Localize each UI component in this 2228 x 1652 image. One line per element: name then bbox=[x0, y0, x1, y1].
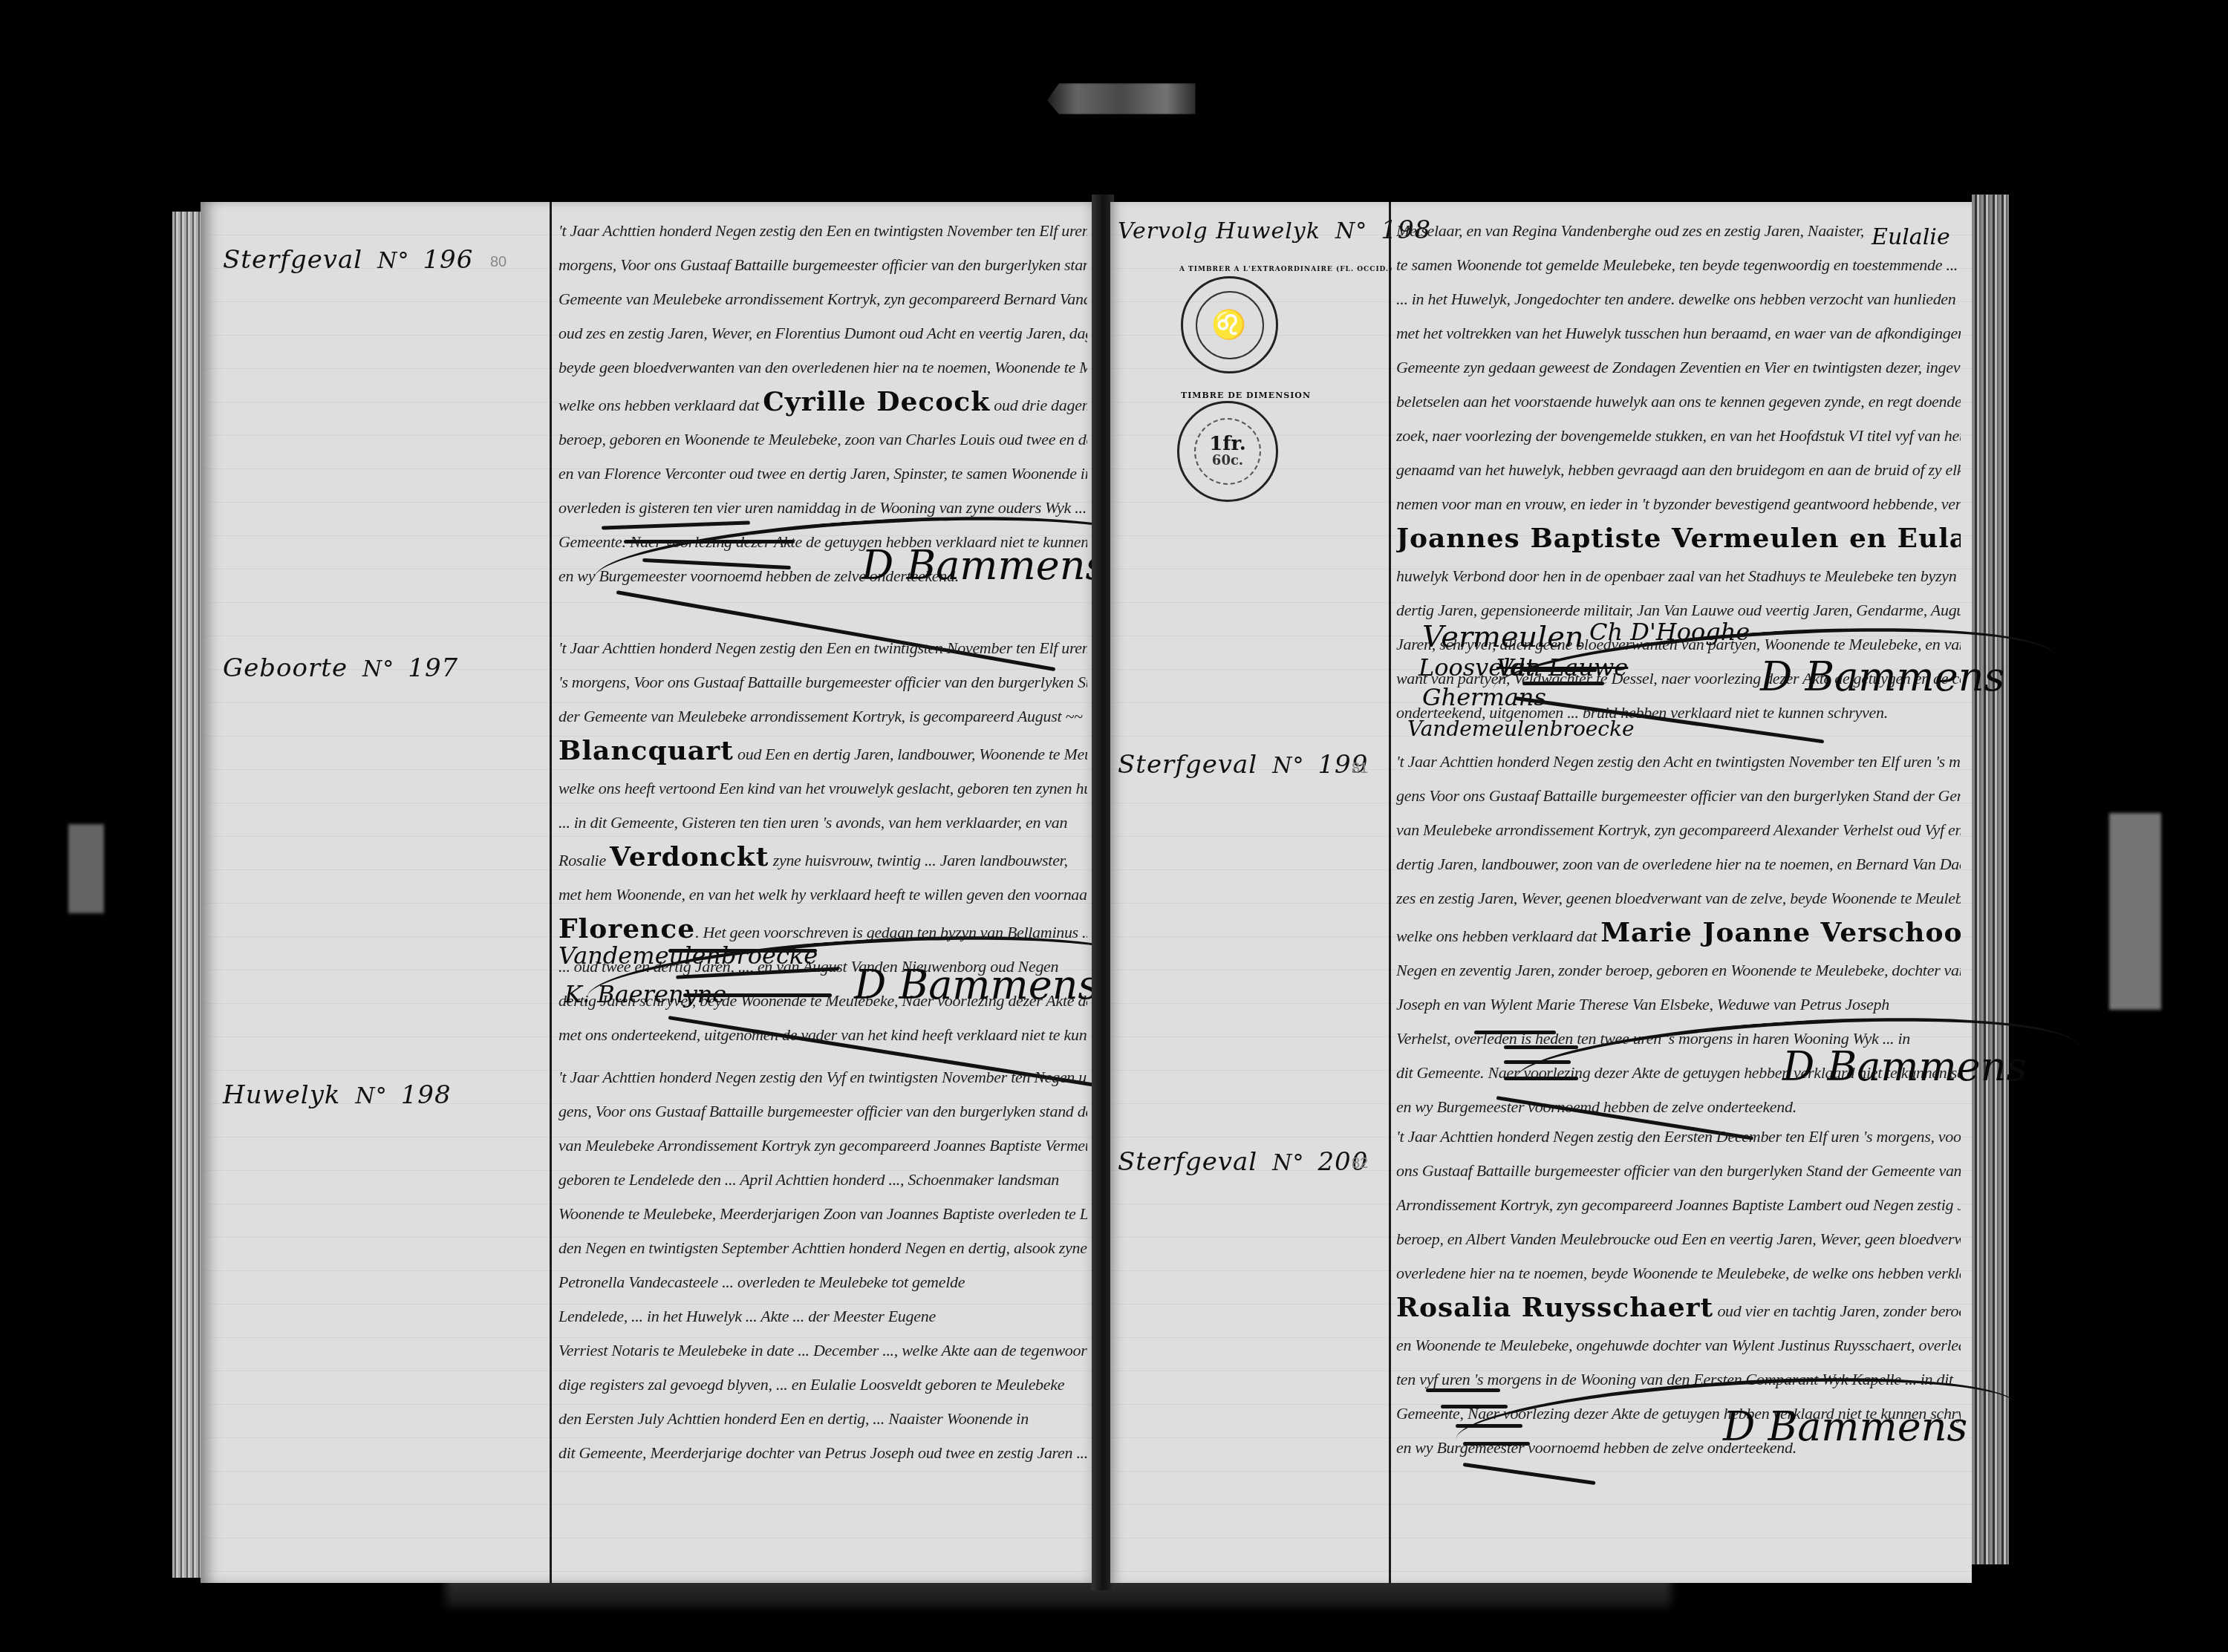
text-line: zes en zestig Jaren, Wever, geenen bloed… bbox=[1396, 881, 1961, 915]
text-line-with-name: Rosalia Ruysschaert oud vier en tachtig … bbox=[1396, 1290, 1961, 1328]
mother-surname: Verdonckt bbox=[610, 841, 769, 872]
text-line-with-name: Rosalie Verdonckt zyne huisvrouw, twinti… bbox=[558, 840, 1087, 878]
margin-heading-199: SterfgevalN°199 bbox=[1118, 750, 1368, 780]
text-line: morgens, Voor ons Gustaaf Battaille burg… bbox=[558, 248, 1087, 282]
text-line: van Meulebeke Arrondissement Kortryk zyn… bbox=[558, 1129, 1087, 1163]
stamp-2-text: TIMBRE DE DIMENSION bbox=[1181, 391, 1277, 400]
continuation-heading: Vervolg HuwelykN°198 bbox=[1118, 215, 1431, 245]
book-clip-left bbox=[68, 824, 104, 913]
text-line: ... in dit Gemeente, Gisteren ten tien u… bbox=[558, 806, 1087, 840]
tax-stamp-extraordinaire: ♌ bbox=[1181, 276, 1278, 373]
stamp-1-text: A TIMBRER A L'EXTRAORDINAIRE (FL. OCCID.… bbox=[1179, 266, 1276, 273]
text-line: Verriest Notaris te Meulebeke in date ..… bbox=[558, 1333, 1087, 1368]
page-edges-right bbox=[1972, 195, 2009, 1564]
text-line: beyde geen bloedverwanten van den overle… bbox=[558, 350, 1087, 385]
text-line: Petronella Vandecasteele ... overleden t… bbox=[558, 1265, 1087, 1299]
folio-number: 80 bbox=[490, 254, 506, 271]
entry-type: Vervolg Huwelyk bbox=[1118, 218, 1320, 244]
text-line: 't Jaar Achttien honderd Negen zestig de… bbox=[558, 631, 1087, 665]
text-line: welke ons heeft vertoond Een kind van he… bbox=[558, 771, 1087, 806]
text-line: zoek, naer voorlezing der bovengemelde s… bbox=[1396, 419, 1961, 453]
text-line: gens Voor ons Gustaaf Battaille burgemee… bbox=[1396, 779, 1961, 813]
page-edges-left bbox=[172, 212, 202, 1578]
lion-crest-icon: ♌ bbox=[1196, 291, 1264, 359]
margin-note: Eulalie bbox=[1872, 224, 1950, 250]
stamp-value: 1fr. 60c. bbox=[1194, 418, 1261, 485]
entry-type: Sterfgeval bbox=[1118, 1147, 1257, 1177]
text-line-with-name: Blancquart oud Een en dertig Jaren, land… bbox=[558, 734, 1087, 771]
entry-number: 197 bbox=[408, 653, 458, 683]
number-label: N° bbox=[1335, 218, 1367, 244]
text-line: ons Gustaaf Battaille burgemeester offic… bbox=[1396, 1154, 1961, 1188]
text-line: den Negen en twintigsten September Achtt… bbox=[558, 1231, 1087, 1265]
scan-label-strip bbox=[1047, 83, 1196, 114]
text-line: van Meulebeke arrondissement Kortryk, zy… bbox=[1396, 813, 1961, 847]
text-line-with-name: Joannes Baptiste Vermeulen en Eulalie Lo… bbox=[1396, 521, 1961, 559]
text-line: te samen Woonende tot gemelde Meulebeke,… bbox=[1396, 248, 1961, 282]
text-line: 't Jaar Achttien honderd Negen zestig de… bbox=[558, 214, 1087, 248]
text-line: Gemeente van Meulebeke arrondissement Ko… bbox=[558, 282, 1087, 316]
left-page-margin-rule bbox=[550, 202, 552, 1583]
text-line: ... in het Huwelyk, Jongedochter ten and… bbox=[1396, 282, 1961, 316]
book-clip-right bbox=[2109, 813, 2161, 1010]
margin-heading-197: GeboorteN°197 bbox=[223, 653, 458, 683]
folio-number: 81 bbox=[1352, 760, 1368, 777]
stamp-value-francs: 1fr. bbox=[1209, 434, 1246, 454]
number-label: N° bbox=[377, 248, 409, 274]
text-line: dertig Jaren, landbouwer, zoon van de ov… bbox=[1396, 847, 1961, 881]
text-line: Woonende te Meulebeke, Meerderjarigen Zo… bbox=[558, 1197, 1087, 1231]
mayor-signature-199: D Bammens bbox=[1782, 1043, 2027, 1090]
entry-number: 196 bbox=[423, 245, 473, 275]
text-line: Negen en zeventig Jaren, zonder beroep, … bbox=[1396, 953, 1961, 987]
father-surname: Blancquart bbox=[558, 735, 734, 766]
child-first-name: Florence bbox=[558, 913, 695, 944]
entry-type: Huwelyk bbox=[223, 1080, 340, 1110]
text-line-with-name: welke ons hebben verklaard dat Marie Joa… bbox=[1396, 915, 1961, 953]
text-line: overledene hier na te noemen, beyde Woon… bbox=[1396, 1256, 1961, 1290]
entry-number: 198 bbox=[401, 1080, 452, 1110]
text-line: met het voltrekken van het Huwelyk tussc… bbox=[1396, 316, 1961, 350]
stamp-value-centimes: 60c. bbox=[1212, 454, 1243, 468]
text-line: 't Jaar Achttien honderd Negen zestig de… bbox=[558, 1060, 1087, 1094]
right-page-margin-rule bbox=[1389, 202, 1391, 1583]
text-line: den Eersten July Achttien honderd Een en… bbox=[558, 1402, 1087, 1436]
text-line: en Woonende te Meulebeke, ongehuwde doch… bbox=[1396, 1328, 1961, 1362]
margin-heading-198: HuwelykN°198 bbox=[223, 1080, 452, 1110]
text-line: beroep, geboren en Woonende te Meulebeke… bbox=[558, 422, 1087, 457]
text-line: huwelyk Verbond door hen in de openbaer … bbox=[1396, 559, 1961, 593]
text-line: dit Gemeente, Meerderjarige dochter van … bbox=[558, 1436, 1087, 1470]
deceased-name: Rosalia Ruysschaert bbox=[1396, 1292, 1713, 1323]
text-line: oud zes en zestig Jaren, Wever, en Flore… bbox=[558, 316, 1087, 350]
text-line: Joseph en van Wylent Marie Therese Van E… bbox=[1396, 987, 1961, 1022]
text-line: Lendelede, ... in het Huwelyk ... Akte .… bbox=[558, 1299, 1087, 1333]
deceased-name: Marie Joanne Verschoore bbox=[1600, 917, 1961, 948]
text-line: met hem Woonende, en van het welk hy ver… bbox=[558, 878, 1087, 912]
text-line: der Gemeente van Meulebeke arrondissemen… bbox=[558, 699, 1087, 734]
spouses-names: Joannes Baptiste Vermeulen en Eulalie Lo… bbox=[1396, 523, 1961, 554]
entry-text-198: 't Jaar Achttien honderd Negen zestig de… bbox=[558, 1060, 1087, 1470]
entry-type: Sterfgeval bbox=[223, 245, 362, 275]
text-line: Arrondissement Kortryk, zyn gecompareerd… bbox=[1396, 1188, 1961, 1222]
text-line: beroep, en Albert Vanden Meulebroucke ou… bbox=[1396, 1222, 1961, 1256]
text-line: Gemeente zyn gedaan geweest de Zondagen … bbox=[1396, 350, 1961, 385]
text-line-with-name: welke ons hebben verklaard dat Cyrille D… bbox=[558, 385, 1087, 422]
margin-heading-200: SterfgevalN°200 bbox=[1118, 1147, 1368, 1177]
text-line: en van Florence Verconter oud twee en de… bbox=[558, 457, 1087, 491]
mayor-signature-198: D Bammens bbox=[1760, 653, 2004, 700]
mayor-signature-200: D Bammens bbox=[1723, 1403, 1967, 1450]
text-line: gens, Voor ons Gustaaf Battaille burgeme… bbox=[558, 1094, 1087, 1129]
text-line: 't Jaar Achttien honderd Negen zestig de… bbox=[1396, 745, 1961, 779]
mayor-signature-197: D Bammens bbox=[854, 962, 1098, 1008]
text-line: geboren te Lendelede den ... April Achtt… bbox=[558, 1163, 1087, 1197]
number-label: N° bbox=[362, 656, 394, 682]
text-line: 's morgens, Voor ons Gustaaf Battaille b… bbox=[558, 665, 1087, 699]
text-line: 't Jaar Achttien honderd Negen zestig de… bbox=[1396, 1120, 1961, 1154]
text-line: dige registers zal gevoegd blyven, ... e… bbox=[558, 1368, 1087, 1402]
number-label: N° bbox=[1272, 753, 1304, 779]
number-label: N° bbox=[1272, 1150, 1304, 1176]
margin-heading-196: SterfgevalN°196 bbox=[223, 245, 473, 275]
mayor-signature-196: D Bammens bbox=[861, 542, 1106, 589]
number-label: N° bbox=[355, 1083, 387, 1109]
groom-signature: Vermeulen bbox=[1422, 620, 1584, 654]
text-line: nemen voor man en vrouw, en ieder in 't … bbox=[1396, 487, 1961, 521]
tax-stamp-dimension: 1fr. 60c. bbox=[1177, 401, 1278, 502]
folio-number: 82 bbox=[1352, 1155, 1368, 1172]
entry-type: Sterfgeval bbox=[1118, 750, 1257, 780]
entry-type: Geboorte bbox=[223, 653, 348, 683]
text-line: genaamd van het huwelyk, hebben gevraagd… bbox=[1396, 453, 1961, 487]
text-line: beletselen aan het voorstaende huwelyk a… bbox=[1396, 385, 1961, 419]
deceased-name: Cyrille Decock bbox=[763, 386, 990, 417]
